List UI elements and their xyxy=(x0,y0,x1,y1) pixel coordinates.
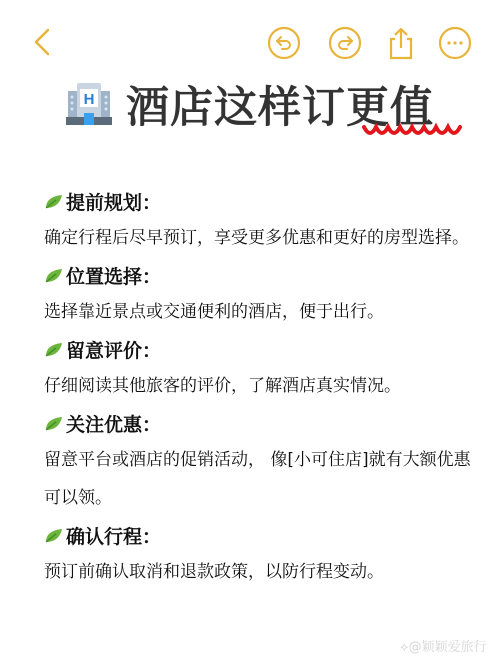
chevron-left-icon[interactable] xyxy=(30,26,54,58)
svg-text:H: H xyxy=(84,91,95,108)
watermark: ⟡@颖颖爱旅行 xyxy=(400,636,487,655)
tip-heading: 确认行程： xyxy=(44,517,484,553)
tip-body: 预订前确认取消和退款政策，以防行程变动。 xyxy=(44,553,484,591)
tip-heading: 位置选择： xyxy=(44,257,484,293)
tip-heading: 提前规划： xyxy=(44,183,484,219)
tips-list: 提前规划： 确定行程后尽早预订，享受更多优惠和更好的房型选择。 位置选择： 选择… xyxy=(44,183,484,591)
tip-body: 留意平台或酒店的促销活动， 像[小可住店]就有大额优惠可以领。 xyxy=(44,441,484,517)
leaf-icon xyxy=(44,526,64,544)
tip-heading: 留意评价： xyxy=(44,331,484,367)
leaf-icon xyxy=(44,414,64,432)
leaf-icon xyxy=(44,266,64,284)
leaf-icon xyxy=(44,192,64,210)
tip-section: 位置选择： 选择靠近景点或交通便利的酒店，便于出行。 xyxy=(44,257,484,331)
more-icon[interactable] xyxy=(438,26,472,60)
tip-body: 仔细阅读其他旅客的评价，了解酒店真实情况。 xyxy=(44,367,484,405)
tip-section: 留意评价： 仔细阅读其他旅客的评价，了解酒店真实情况。 xyxy=(44,331,484,405)
tip-heading: 关注优惠： xyxy=(44,405,484,441)
redo-icon[interactable] xyxy=(328,26,362,60)
tip-body: 选择靠近景点或交通便利的酒店，便于出行。 xyxy=(44,293,484,331)
tip-body: 确定行程后尽早预订，享受更多优惠和更好的房型选择。 xyxy=(44,219,484,257)
undo-icon[interactable] xyxy=(267,26,301,60)
tip-section: 确认行程： 预订前确认取消和退款政策，以防行程变动。 xyxy=(44,517,484,591)
hotel-icon: H xyxy=(66,81,112,127)
tip-section: 提前规划： 确定行程后尽早预订，享受更多优惠和更好的房型选择。 xyxy=(44,183,484,257)
share-icon[interactable] xyxy=(384,26,418,60)
leaf-icon xyxy=(44,340,64,358)
squiggle-underline xyxy=(362,121,466,139)
tip-section: 关注优惠： 留意平台或酒店的促销活动， 像[小可住店]就有大额优惠可以领。 xyxy=(44,405,484,517)
